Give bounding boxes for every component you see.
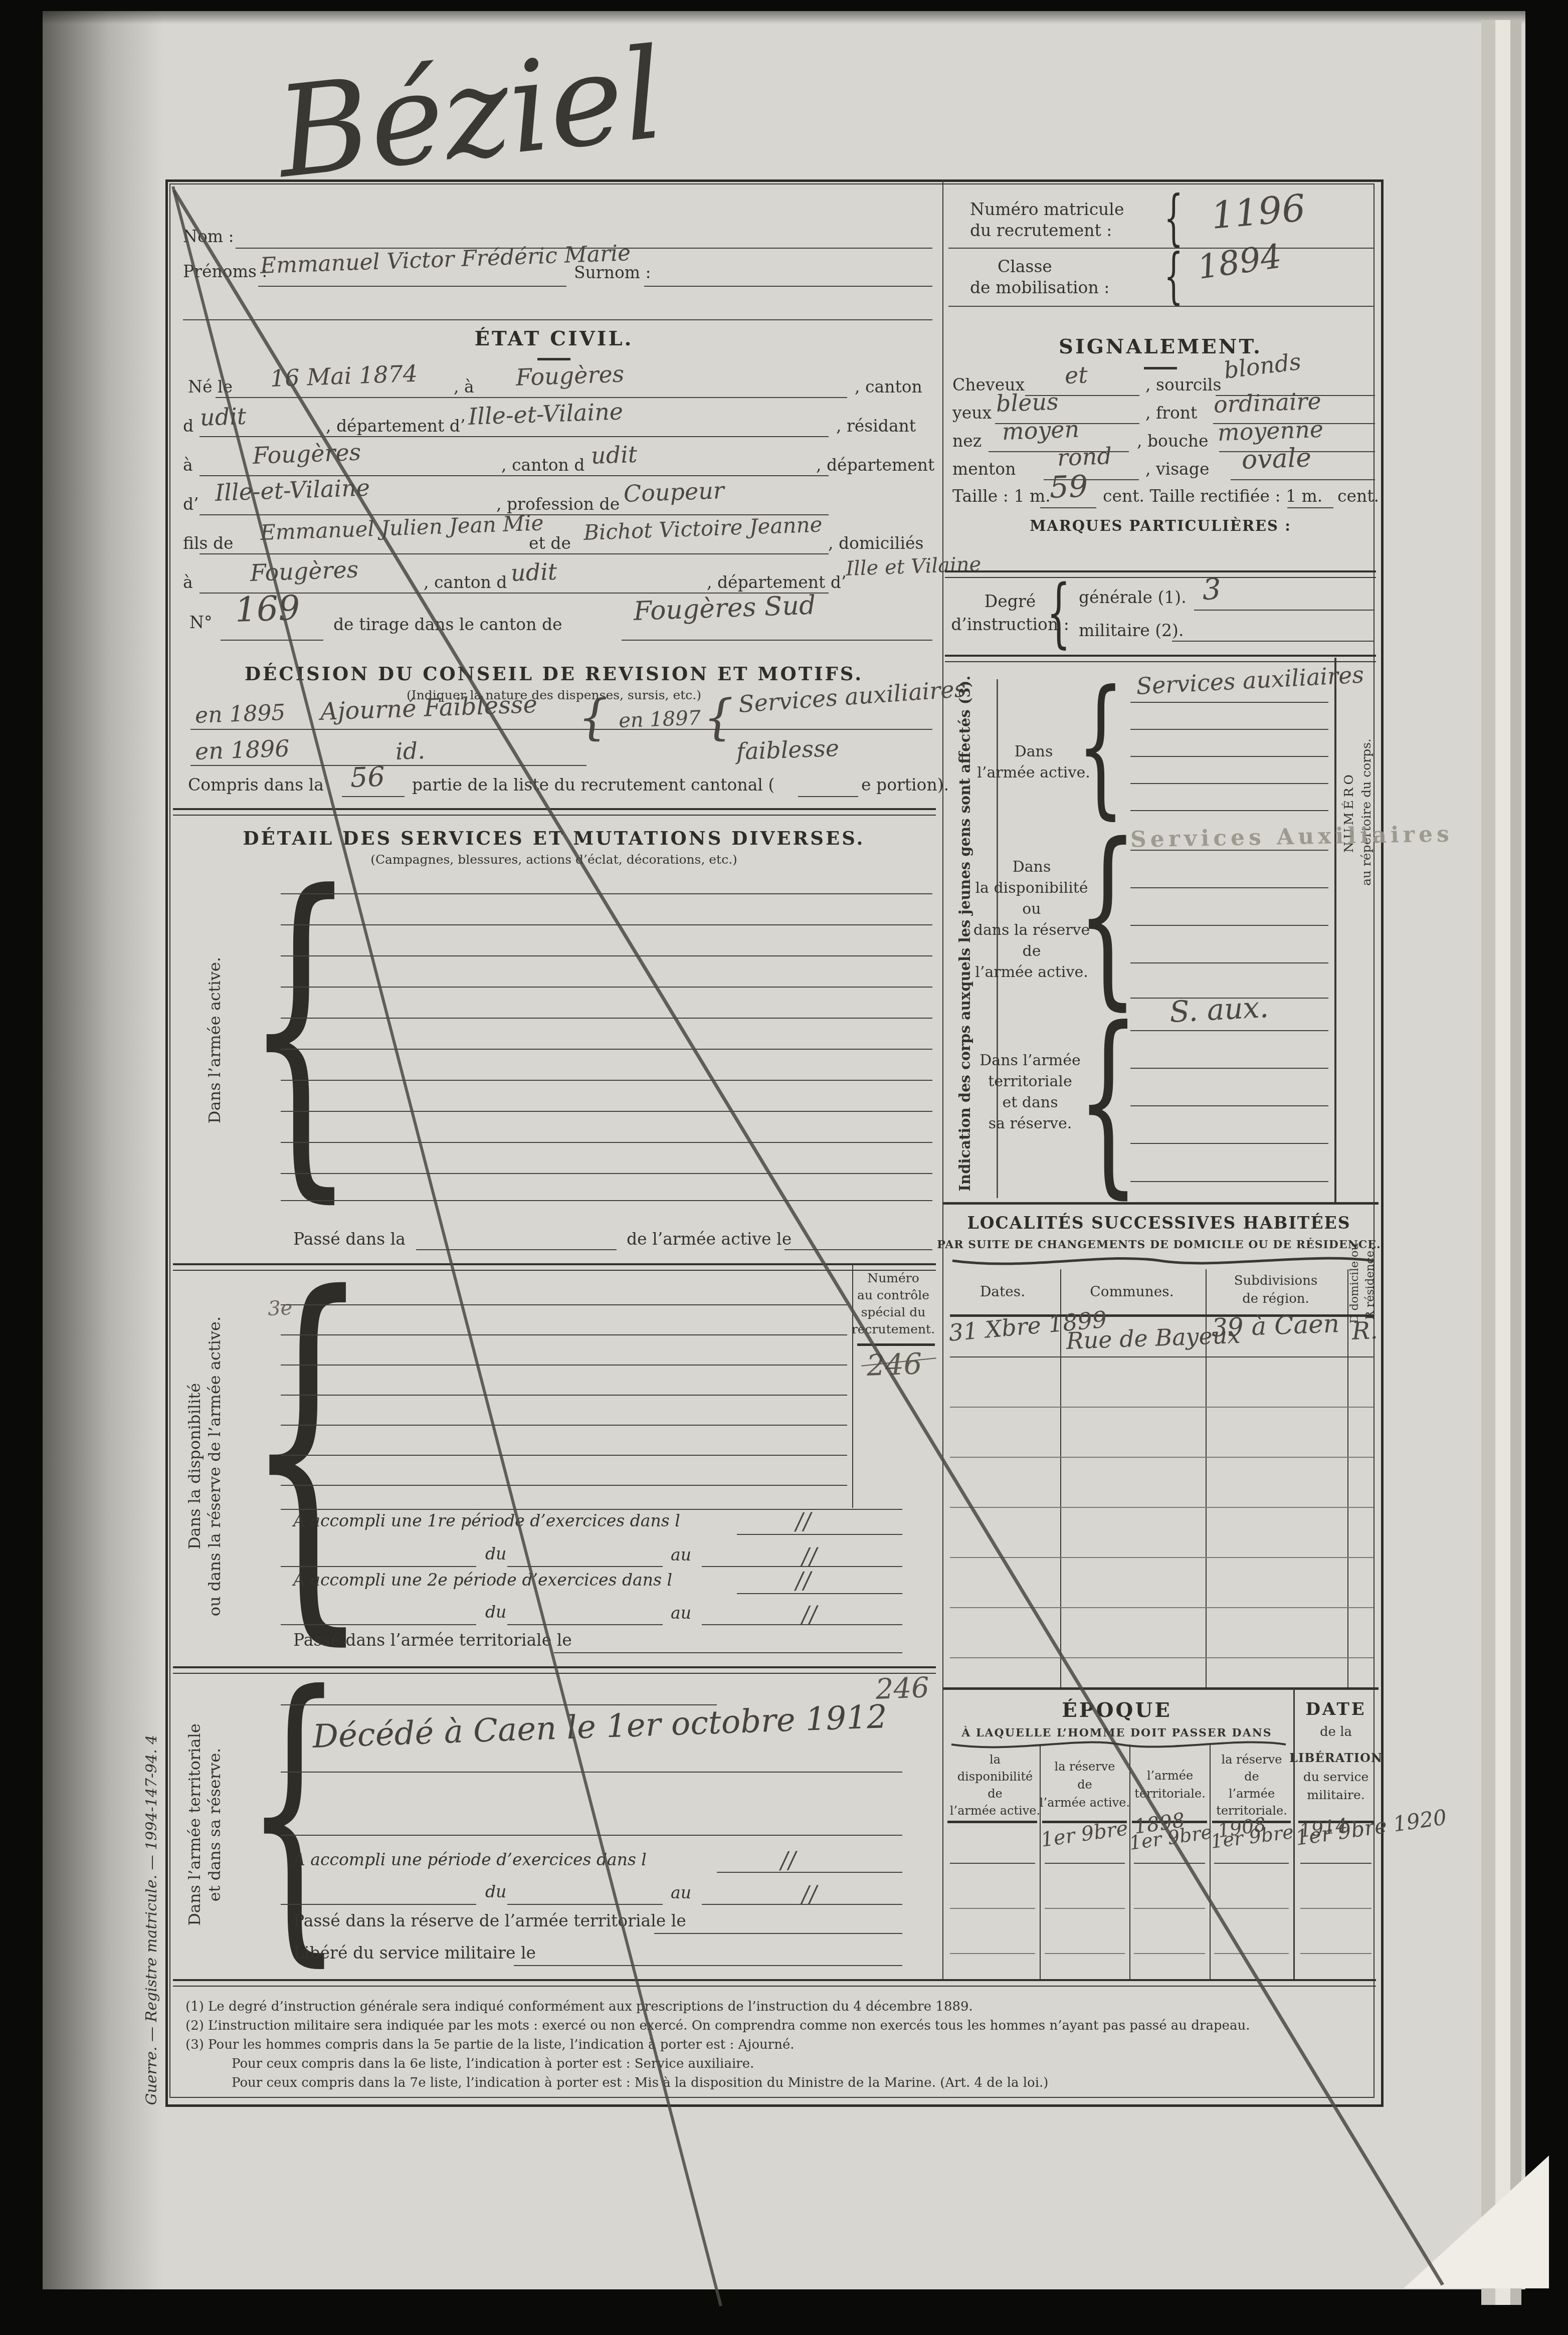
departement-label: , département (816, 455, 934, 475)
ruled-line (1214, 1908, 1289, 1909)
corps-active-label: Dans (1015, 743, 1053, 760)
yeux-label: yeux (952, 403, 992, 423)
ruled-line (281, 987, 932, 988)
passe-reserve-territoriale-label: Passé dans la réserve de l’armée territo… (293, 1911, 686, 1930)
date-col-header: militaire. (1307, 1788, 1364, 1802)
ruled-line (258, 286, 566, 287)
ruled-line (1214, 1863, 1289, 1864)
epoque-column-divider (1129, 1744, 1130, 1979)
ruled-line (216, 397, 847, 398)
ruled-line (948, 248, 1374, 249)
ruled-line (281, 1111, 932, 1112)
ruled-line (857, 1343, 935, 1346)
ruled-line (644, 286, 932, 287)
ruled-line (1045, 1908, 1125, 1909)
libere-label: Libéré du service militaire le (293, 1943, 536, 1963)
profession-label: , profession de (496, 494, 620, 514)
ruled-line (281, 1018, 932, 1019)
taille-rectifiee-label: cent. Taille rectifiée : 1 m. (1103, 486, 1322, 506)
numero-tirage-label: N° (189, 613, 212, 632)
ruled-line (702, 1904, 902, 1905)
ruled-line (416, 1249, 617, 1250)
repertoire-column-header: NUMÉROau répertoire du corps. (1340, 738, 1375, 886)
brace-glyph (1077, 836, 1138, 995)
accompli-periode-label: A accompli une période d’exercices dans … (293, 1850, 647, 1869)
ruled-line (200, 553, 829, 554)
section-disponibilite-label: Dans la disponibilitéou dans la réserve … (184, 1316, 225, 1616)
footnote-4: Pour ceux compris dans la 6e liste, l’in… (232, 2056, 754, 2071)
epoque-col1-header: disponibilité (957, 1770, 1033, 1784)
hw-brace: { (702, 689, 735, 746)
ditto-mark: // (780, 1846, 797, 1874)
nez-value: moyen (1002, 416, 1080, 445)
ruled-line (950, 1953, 1035, 1954)
footnote-5: Pour ceux compris dans la 7e liste, l’in… (232, 2075, 1048, 2090)
ruled-line (950, 1457, 1374, 1458)
birthdate-value: 16 Mai 1874 (270, 360, 418, 392)
degre-militaire-label: militaire (2). (1079, 621, 1184, 640)
ruled-line (507, 1624, 663, 1625)
col-communes-header: Communes. (1090, 1283, 1173, 1300)
bouche-label: , bouche (1137, 431, 1209, 451)
col-domicile-residence-header: D domicile ouR résidence. (1347, 1243, 1378, 1324)
controle-header: au contrôle (857, 1288, 929, 1302)
page-stack-edge (1510, 20, 1521, 2305)
du-label: du (485, 1602, 506, 1622)
ruled-line (1130, 1181, 1328, 1182)
ruled-line (183, 319, 932, 320)
canton-value: udit (591, 441, 638, 469)
table-column-divider (1347, 1269, 1348, 1688)
decision-faiblesse-note: faiblesse (736, 734, 840, 765)
localites-row-subdivision: 39 à Caen (1211, 1309, 1340, 1342)
departement-value: Ille-et-Vilaine (468, 398, 624, 430)
col-subdivisions-header: Subdivisions (1234, 1273, 1318, 1288)
residence-value: Fougères (250, 555, 359, 587)
scanned-register-page: Guerre. — Registre matricule. — 1994-147… (0, 0, 1568, 2335)
corps-dispo-label: ou (1022, 900, 1041, 918)
ruled-line (281, 1704, 717, 1705)
epoque-col2-header: l’armée active. (1040, 1796, 1130, 1810)
ruled-line (717, 1872, 902, 1873)
surnom-label: Surnom : (574, 263, 651, 282)
ruled-line (281, 1395, 847, 1396)
ruled-line (281, 1080, 932, 1081)
du-label: du (485, 1544, 506, 1564)
ruled-line (281, 1142, 932, 1143)
corps-dispo-label: la disponibilité (975, 879, 1088, 897)
signalement-title: SIGNALEMENT. (1059, 335, 1262, 358)
ruled-line (1134, 1863, 1205, 1864)
ruled-line (1134, 1908, 1205, 1909)
ruled-line (281, 1772, 902, 1773)
epoque-col1-header: l’armée active. (950, 1804, 1040, 1818)
ruled-line (948, 306, 1374, 307)
ruled-line (1194, 610, 1374, 611)
ruled-line (1130, 1105, 1328, 1106)
controle-header: Numéro (867, 1271, 919, 1285)
section-divider (173, 808, 936, 816)
ruled-line (785, 1249, 932, 1250)
section-armee-active-label: Dans l’armée active. (205, 957, 224, 1123)
tirage-value: 169 (234, 589, 300, 630)
canton-value: udit (510, 558, 557, 587)
brace-glyph (1164, 252, 1183, 301)
ruled-line (654, 1933, 902, 1934)
front-value: ordinaire (1213, 387, 1322, 418)
section-divider (945, 655, 1376, 662)
visage-value: ovale (1241, 443, 1312, 475)
accompli-1re-label: A accompli une 1re période d’exercices d… (293, 1511, 680, 1530)
decision-1895-note: en 1895 (194, 700, 286, 728)
canton-label: , canton (855, 377, 922, 397)
title-rule (537, 358, 570, 360)
passe-armee-active-label2: de l’armée active le (627, 1229, 792, 1249)
departement-label: , département d’ (707, 572, 846, 592)
birthplace-value: Fougères (515, 360, 625, 391)
compris-label: partie de la liste du recrutement canton… (412, 775, 774, 795)
epoque-col2-header: la réserve (1054, 1760, 1115, 1774)
classe-label: Classe (998, 257, 1052, 276)
domicilies-label: , domiciliés (828, 533, 923, 553)
ruled-line (281, 1049, 932, 1050)
ruled-line (1172, 641, 1374, 642)
menton-value: rond (1057, 442, 1112, 471)
canton-value: udit (200, 403, 247, 431)
tirage-canton-label: de tirage dans le canton de (333, 615, 562, 634)
footnote-2: (2) L’instruction militaire sera indiqué… (185, 2018, 1250, 2033)
degre-label: Degré (985, 592, 1036, 611)
ruled-line (737, 1534, 902, 1535)
ruled-line (221, 640, 323, 641)
repertoire-column-border (1334, 658, 1336, 1202)
ruled-line (281, 1425, 847, 1426)
brace-glyph (1077, 1020, 1140, 1183)
ruled-line (554, 1652, 902, 1653)
section2-hw-note: 3e (267, 1296, 293, 1320)
ruled-line (950, 1908, 1035, 1909)
decision-title: DÉCISION DU CONSEIL DE REVISION ET MOTIF… (245, 663, 863, 685)
compris-value: 56 (350, 761, 385, 794)
ruled-line (1134, 1953, 1205, 1954)
corps-vertical-label: Indication des corps auxquels les jeunes… (956, 676, 973, 1192)
date-title: DATE (1305, 1699, 1366, 1719)
epoque-col3-header: l’armée (1147, 1769, 1193, 1783)
marques-label: MARQUES PARTICULIÈRES : (1030, 517, 1291, 534)
brace-glyph (245, 883, 356, 1171)
degre-generale-label: générale (1). (1079, 588, 1187, 607)
localites-title: LOCALITÉS SUCCESSIVES HABITÉES (967, 1213, 1350, 1233)
au-label: au (671, 1545, 691, 1565)
table-border (942, 1687, 1379, 1690)
ruled-line (950, 1507, 1374, 1508)
du-label: du (485, 1882, 506, 1901)
ruled-line (190, 765, 586, 766)
ruled-line (1130, 783, 1328, 784)
corps-terr-label: Dans l’armée (979, 1052, 1081, 1069)
ruled-line (950, 1607, 1374, 1608)
ditto-mark: // (795, 1567, 812, 1594)
corps-dispo-label: de (1023, 942, 1041, 960)
fils-de-label: fils de (183, 533, 234, 553)
matricule-value: 1196 (1210, 186, 1307, 238)
cheveux-value: et (1064, 361, 1088, 389)
footnote-3: (3) Pour les hommes compris dans la 5e p… (185, 2037, 795, 2052)
au-label: au (671, 1883, 691, 1902)
a-label: , à (454, 377, 474, 397)
ruled-line (507, 1566, 663, 1567)
ruled-line (1130, 962, 1328, 963)
ruled-line (950, 1557, 1374, 1558)
brace-glyph (1164, 193, 1183, 243)
residence-value: Fougères (252, 438, 361, 469)
departement-value: Ille-et-Vilaine (215, 474, 370, 506)
canton-label: , canton d (424, 572, 507, 592)
ruled-line (281, 1624, 476, 1625)
ruled-line (737, 1593, 902, 1594)
ruled-line (1130, 1068, 1328, 1069)
ruled-line (1130, 1030, 1328, 1031)
tirage-canton-value: Fougères Sud (633, 590, 816, 627)
col-dates-header: Dates. (980, 1283, 1025, 1300)
epoque-subtitle: À LAQUELLE L’HOMME DOIT PASSER DANS (961, 1726, 1272, 1739)
ruled-line (1130, 702, 1328, 703)
ruled-line (281, 1173, 932, 1174)
col-subdivisions-header: de région. (1242, 1291, 1309, 1306)
classe-label: de mobilisation : (970, 278, 1109, 297)
departement-label: , département d’ (326, 416, 465, 436)
decision-1896-note: en 1896 (194, 734, 290, 765)
epoque-col1-header: de (988, 1787, 1003, 1801)
front-label: , front (1145, 403, 1197, 423)
corps-terr-label: et dans (1002, 1094, 1058, 1111)
decision-id-note: id. (395, 737, 426, 765)
sourcils-label: , sourcils (1145, 375, 1221, 395)
ruled-line (950, 1657, 1374, 1658)
brace-glyph (1047, 582, 1071, 644)
matricule-label: du recrutement : (970, 221, 1112, 240)
ruled-line (281, 955, 932, 956)
epoque-col2-header: de (1077, 1778, 1092, 1792)
footnote-1: (1) Le degré d’instruction générale sera… (185, 1999, 973, 2014)
page-stack-edge (1495, 20, 1510, 2305)
ruled-line (281, 924, 932, 925)
ruled-line (281, 1304, 847, 1305)
ruled-line (798, 796, 858, 797)
ruled-line (950, 1356, 1374, 1357)
section-territoriale-label: Dans l’armée territorialeet dans sa rése… (184, 1723, 225, 1926)
compris-label: e portion). (861, 775, 949, 795)
ruled-line (702, 1624, 902, 1625)
page-stack-edge (1481, 20, 1495, 2305)
ruled-line (1214, 1953, 1289, 1954)
corps-terr-label: territoriale (988, 1073, 1072, 1090)
ruled-line (281, 1455, 847, 1456)
au-label: au (671, 1603, 691, 1623)
ruled-line (281, 1835, 902, 1836)
prenoms-label: Prénoms : (183, 262, 267, 281)
margin-imprint: Guerre. — Registre matricule. — 1994-147… (143, 1735, 160, 2105)
corps-dispo-label: Dans (1013, 858, 1051, 876)
d-label: d (183, 416, 193, 436)
et-de-label: et de (529, 533, 571, 553)
ruled-line (1130, 887, 1328, 888)
brace-glyph (1077, 684, 1124, 808)
controle-column-border (852, 1264, 853, 1508)
ne-le-label: Né le (188, 377, 233, 397)
ruled-line (1130, 756, 1328, 757)
ruled-line (281, 1334, 847, 1335)
nom-label: Nom : (183, 227, 234, 246)
localites-row-dr: R. (1351, 1316, 1378, 1345)
ruled-line (1300, 1953, 1371, 1954)
ruled-line (950, 1863, 1035, 1864)
table-header-rule (947, 1821, 1037, 1823)
ruled-line (281, 1566, 476, 1567)
ruled-line (1231, 479, 1375, 480)
a-label: à (183, 572, 193, 592)
ruled-line (281, 893, 932, 894)
taille-value: 59 (1049, 469, 1089, 505)
nez-label: nez (952, 431, 982, 451)
epoque-col4-header: de (1244, 1770, 1259, 1784)
ruled-line (1045, 1863, 1125, 1864)
ruled-line (950, 1407, 1374, 1408)
main-column-divider (942, 179, 943, 1980)
controle-header: recrutement. (852, 1322, 935, 1336)
cent-label: cent. (1337, 486, 1379, 506)
ruled-line (281, 1904, 476, 1905)
title-rule (1144, 367, 1177, 369)
ruled-line (1130, 729, 1328, 730)
ruled-line (1045, 1953, 1125, 1954)
ruled-line (1287, 507, 1333, 508)
ditto-mark: // (795, 1507, 812, 1535)
ruled-line (281, 1200, 932, 1201)
date-col-header: LIBÉRATION (1289, 1750, 1383, 1765)
ruled-line (190, 729, 932, 730)
table-border (942, 1202, 1379, 1205)
footnote-divider (173, 1979, 1376, 1987)
degre-generale-value: 3 (1202, 572, 1222, 607)
ruled-line (1130, 810, 1328, 811)
compris-label: Compris dans la (188, 775, 324, 795)
brace-glyph (245, 1284, 370, 1609)
d-label: d’ (183, 494, 199, 514)
ruled-line (1040, 507, 1096, 508)
ruled-line (1130, 925, 1328, 926)
profession-value: Coupeur (623, 477, 725, 507)
hw-brace: { (577, 689, 610, 746)
epoque-title: ÉPOQUE (1062, 1698, 1172, 1722)
ruled-line (507, 1904, 663, 1905)
ruled-line (1130, 1143, 1328, 1144)
localites-subtitle: PAR SUITE DE CHANGEMENTS DE DOMICILE OU … (937, 1238, 1381, 1251)
date-col-header: du service (1303, 1770, 1369, 1784)
corps-active-label: l’armée active. (977, 764, 1090, 782)
services-subtitle: (Campagnes, blessures, actions d’éclat, … (370, 852, 737, 867)
epoque-col4-header: l’armée (1229, 1787, 1275, 1801)
epoque-column-divider (1210, 1744, 1211, 1979)
ruled-line (514, 1965, 902, 1966)
taille-label: Taille : 1 m. (952, 486, 1051, 506)
matricule-label: Numéro matricule (970, 200, 1124, 219)
ruled-line (1300, 1908, 1371, 1909)
epoque-col1-header: la (990, 1753, 1001, 1767)
section-divider (945, 570, 1376, 578)
epoque-column-divider (1040, 1744, 1041, 1979)
corps-terr-value: S. aux. (1168, 990, 1269, 1029)
visage-label: , visage (1145, 459, 1209, 479)
bouche-value: moyenne (1217, 416, 1324, 446)
epoque-col3-header: territoriale. (1134, 1787, 1206, 1801)
canton-label: , canton d (501, 455, 584, 475)
corps-dispo-label: l’armée active. (975, 963, 1088, 981)
ruled-line (1300, 1863, 1371, 1864)
epoque-col4-header: la réserve (1221, 1753, 1282, 1767)
menton-label: menton (952, 459, 1016, 479)
ruled-line (281, 1485, 847, 1486)
ruled-line (1130, 850, 1328, 851)
accompli-2e-label: A accompli une 2e période d’exercices da… (293, 1570, 672, 1590)
controle-header: spécial du (861, 1305, 926, 1319)
corps-dispo-label: dans la réserve (973, 921, 1090, 939)
corps-terr-label: sa réserve. (989, 1115, 1072, 1132)
ruled-line (342, 796, 405, 797)
ruled-line (281, 1365, 847, 1366)
ruled-line (200, 436, 829, 437)
ruled-line (622, 640, 932, 641)
date-subtitle: de la (1320, 1724, 1352, 1739)
a-label: à (183, 455, 193, 475)
yeux-value: bleus (996, 388, 1059, 417)
etat-civil-title: ÉTAT CIVIL. (475, 327, 634, 350)
residant-label: , résidant (836, 416, 916, 436)
